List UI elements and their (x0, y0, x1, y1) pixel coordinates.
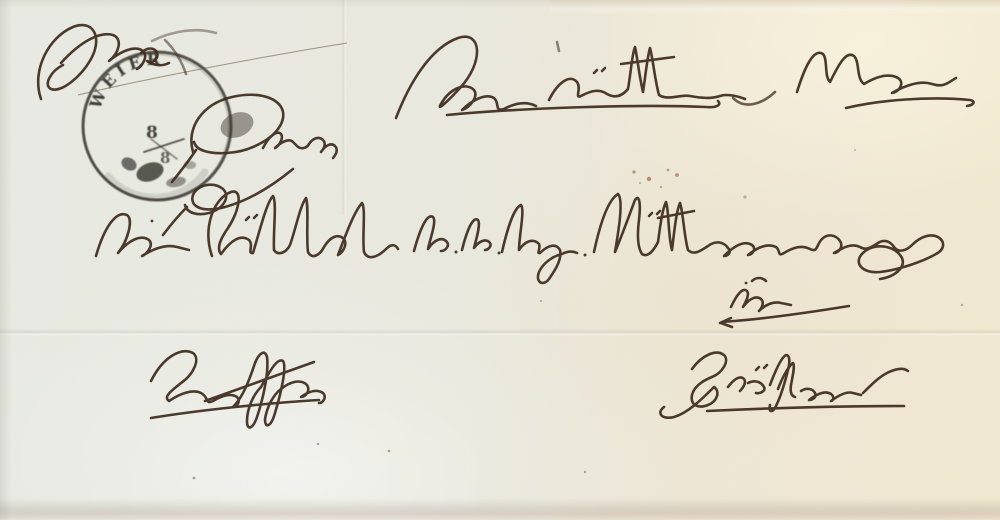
cover-markings: WEIER 8 8 (0, 0, 1000, 520)
paper-grain-texture (0, 0, 1000, 520)
letter-photo: WEIER 8 8 (0, 0, 1000, 520)
